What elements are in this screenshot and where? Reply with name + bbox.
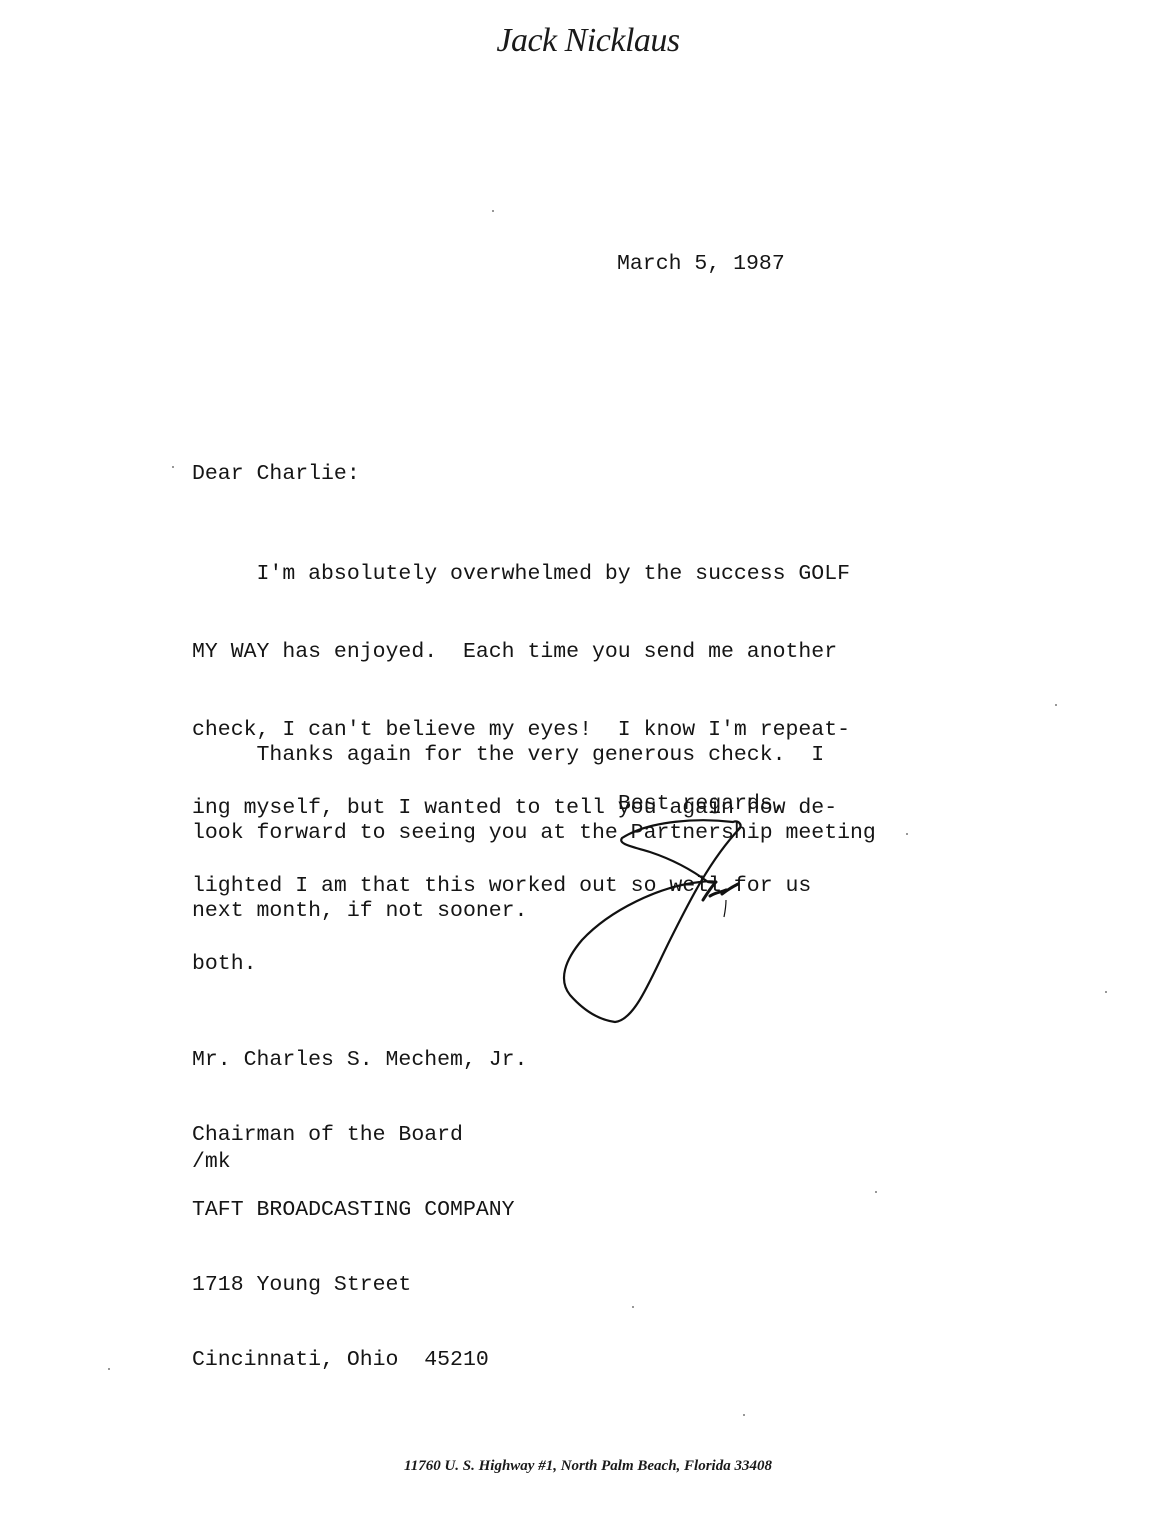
footer-address: 11760 U. S. Highway #1, North Palm Beach…: [0, 1458, 1176, 1475]
address-line: 1718 Young Street: [192, 1273, 527, 1298]
scan-speck: [875, 1191, 877, 1193]
salutation: Dear Charlie:: [192, 461, 360, 487]
paragraph-line: I'm absolutely overwhelmed by the succes…: [192, 561, 850, 587]
address-line: Chairman of the Board: [192, 1123, 527, 1148]
letter-date: March 5, 1987: [617, 251, 785, 277]
address-line: TAFT BROADCASTING COMPANY: [192, 1198, 527, 1223]
recipient-address: Mr. Charles S. Mechem, Jr. Chairman of t…: [192, 998, 527, 1398]
paragraph-line: Thanks again for the very generous check…: [192, 742, 876, 768]
signature-icon: [540, 800, 780, 1040]
address-line: Cincinnati, Ohio 45210: [192, 1348, 527, 1373]
scan-speck: [492, 210, 494, 212]
letterhead-name: Jack Nicklaus: [0, 22, 1176, 60]
scan-speck: [172, 466, 174, 468]
address-line: Mr. Charles S. Mechem, Jr.: [192, 1048, 527, 1073]
typist-initials: /mk: [192, 1149, 231, 1175]
scan-speck: [743, 1414, 745, 1416]
scan-speck: [108, 1368, 110, 1370]
paragraph-line: MY WAY has enjoyed. Each time you send m…: [192, 639, 850, 665]
scan-speck: [632, 1306, 634, 1308]
scan-speck: [906, 833, 908, 835]
scan-speck: [1055, 704, 1057, 706]
scan-speck: [1105, 991, 1107, 993]
